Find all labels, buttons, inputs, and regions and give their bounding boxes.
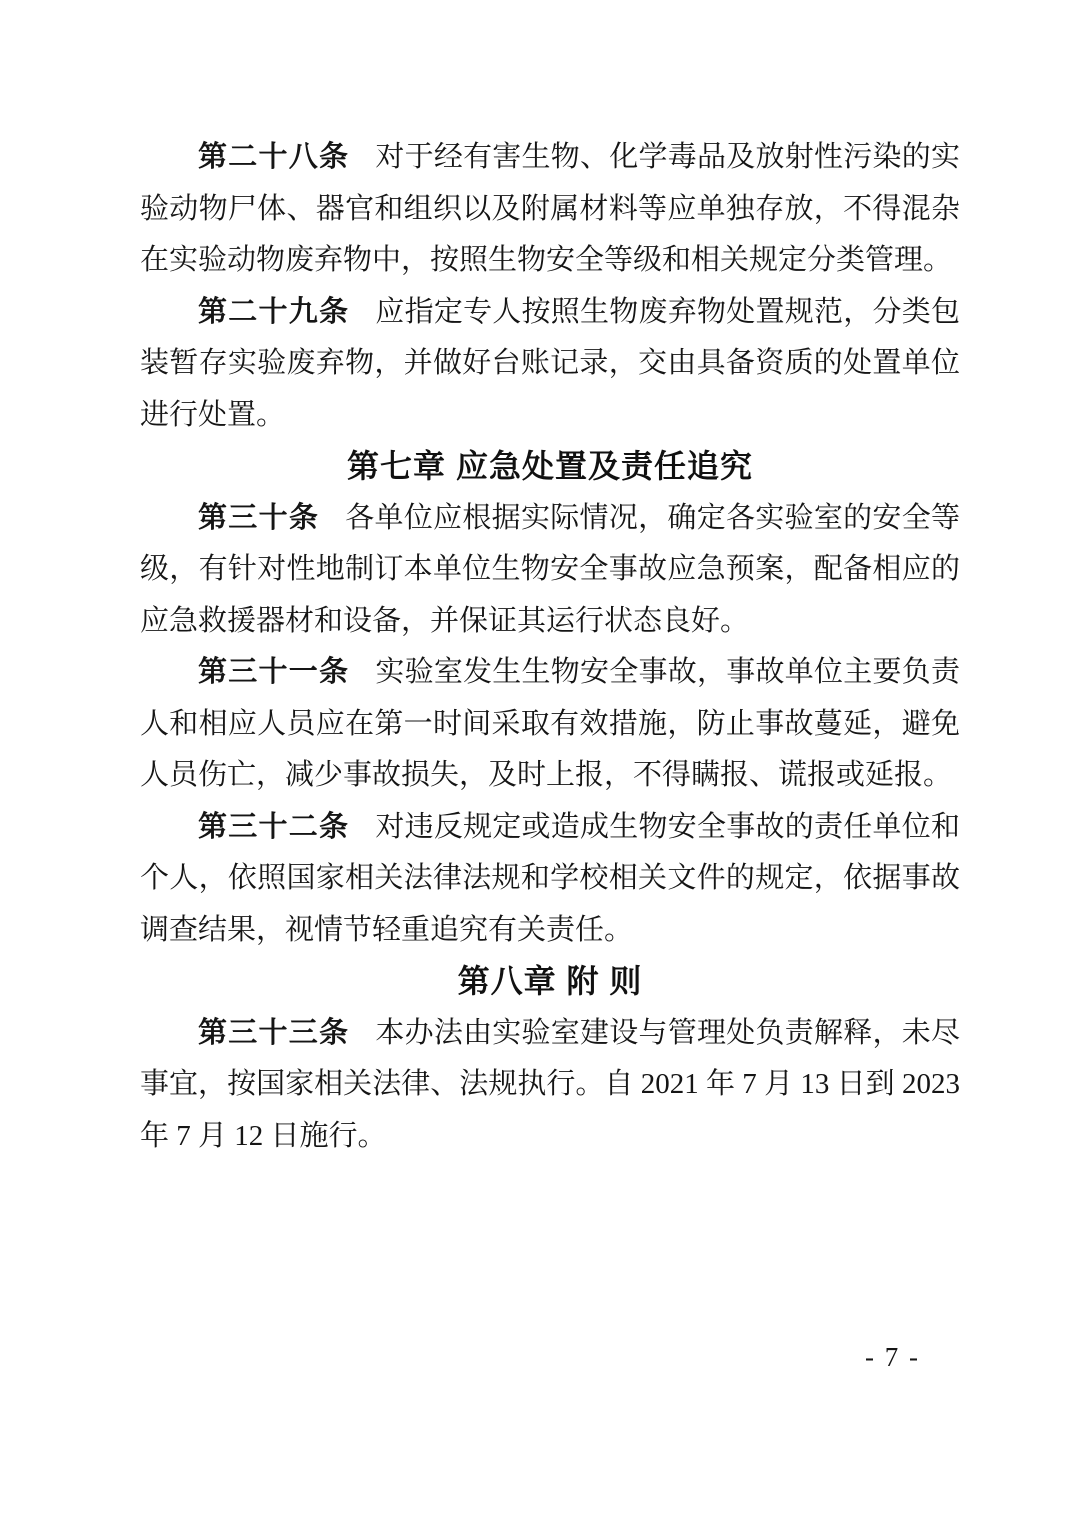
article-paragraph-31: 第三十一条实验室发生生物安全事故，事故单位主要负责人和相应人员应在第一时间采取有… xyxy=(140,647,960,802)
document-body: 第二十八条对于经有害生物、化学毒品及放射性污染的实验动物尸体、器官和组织以及附属… xyxy=(140,132,960,1162)
article-number: 第二十九条 xyxy=(198,296,349,328)
document-page: 第二十八条对于经有害生物、化学毒品及放射性污染的实验动物尸体、器官和组织以及附属… xyxy=(0,0,1080,1528)
chapter-heading-7: 第七章 应急处置及责任追究 xyxy=(140,441,960,493)
article-paragraph-28: 第二十八条对于经有害生物、化学毒品及放射性污染的实验动物尸体、器官和组织以及附属… xyxy=(140,132,960,287)
article-number: 第三十一条 xyxy=(198,656,349,688)
article-number: 第三十条 xyxy=(198,502,319,534)
article-number: 第三十三条 xyxy=(198,1017,349,1049)
article-number: 第三十二条 xyxy=(198,811,349,843)
article-paragraph-29: 第二十九条应指定专人按照生物废弃物处置规范，分类包装暂存实验废弃物，并做好台账记… xyxy=(140,287,960,442)
page-number: - 7 - xyxy=(865,1342,920,1373)
article-number: 第二十八条 xyxy=(198,141,349,173)
article-paragraph-33: 第三十三条本办法由实验室建设与管理处负责解释，未尽事宜，按国家相关法律、法规执行… xyxy=(140,1008,960,1163)
article-paragraph-30: 第三十条各单位应根据实际情况，确定各实验室的安全等级，有针对性地制订本单位生物安… xyxy=(140,493,960,648)
article-paragraph-32: 第三十二条对违反规定或造成生物安全事故的责任单位和个人，依照国家相关法律法规和学… xyxy=(140,802,960,957)
chapter-heading-8: 第八章 附 则 xyxy=(140,956,960,1008)
